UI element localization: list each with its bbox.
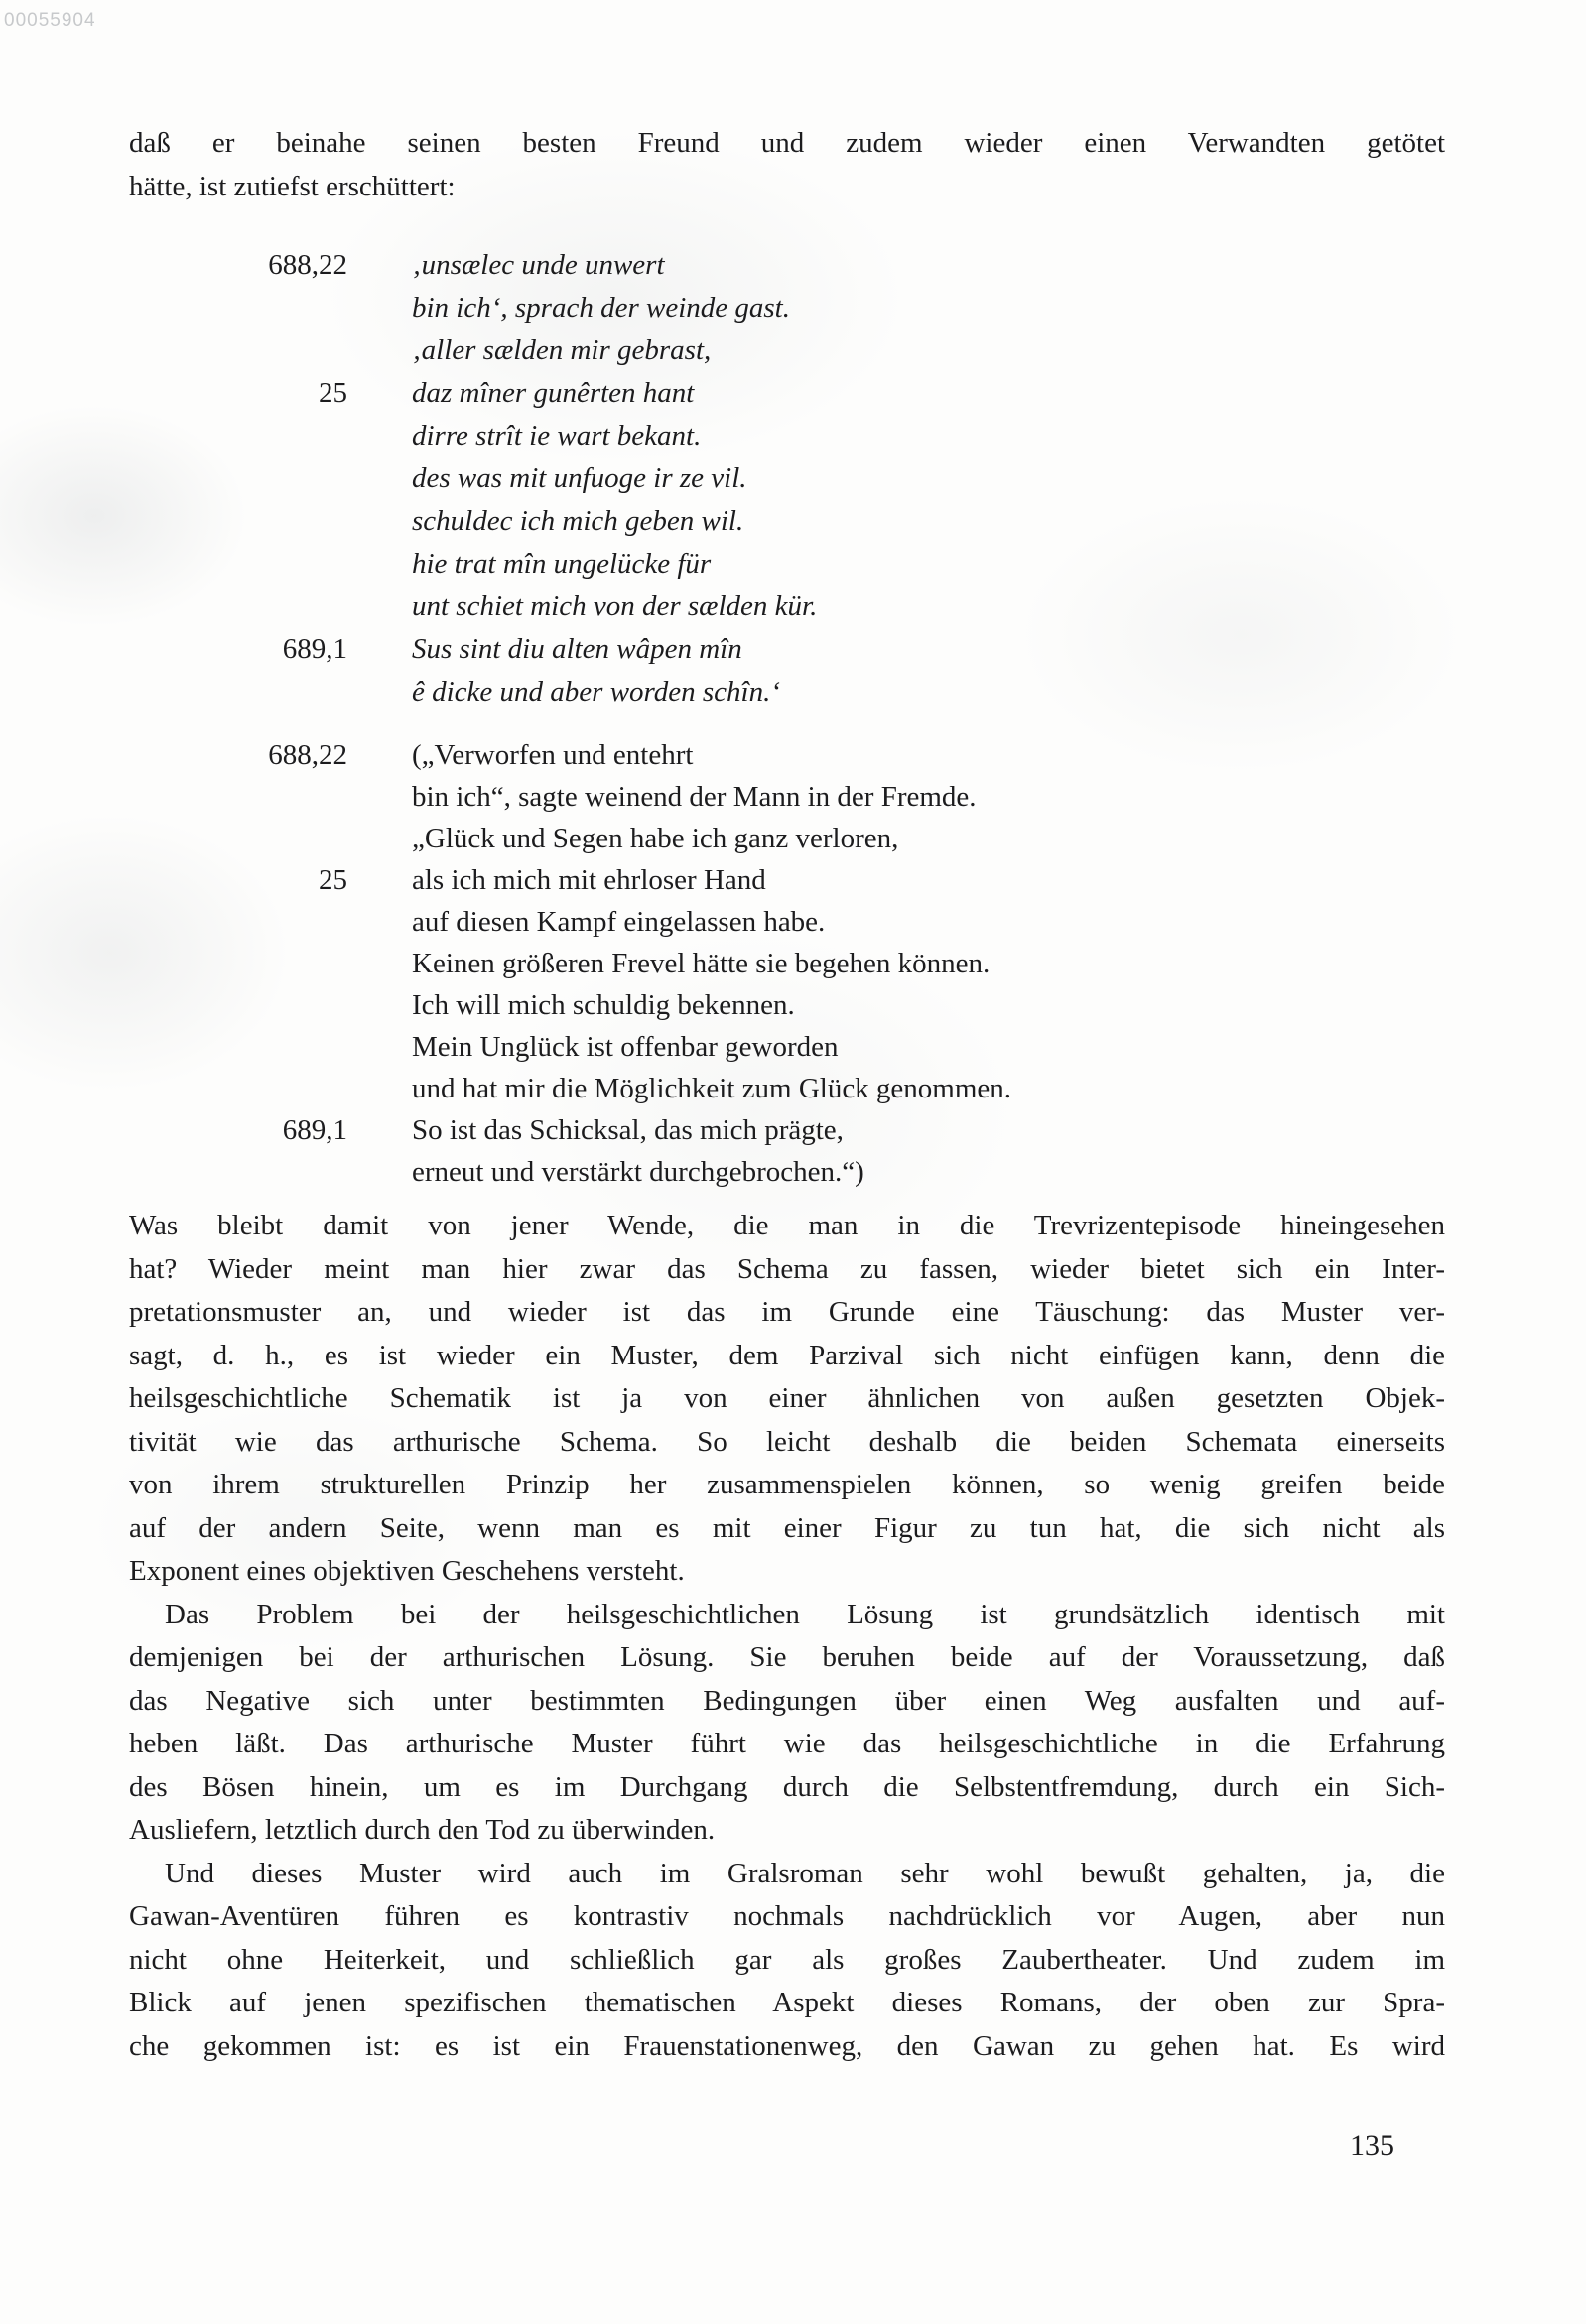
verse-line: „Glück und Segen habe ich ganz verloren, bbox=[129, 818, 1011, 859]
verse-line-number bbox=[129, 901, 347, 943]
verse-line-text: des was mit unfuoge ir ze vil. bbox=[412, 457, 747, 500]
verse-line-text: auf diesen Kampf eingelassen habe. bbox=[412, 901, 825, 943]
text-line: Ausliefern, letztlich durch den Tod zu ü… bbox=[129, 1809, 1445, 1853]
verse-line-number bbox=[129, 329, 347, 372]
verse-line: Ich will mich schuldig bekennen. bbox=[129, 984, 1011, 1026]
paragraph-3: Und dieses Muster wird auch im Gralsroma… bbox=[129, 1853, 1445, 2069]
scan-id-number: 00055904 bbox=[4, 10, 96, 32]
text-line: von ihrem strukturellen Prinzip her zusa… bbox=[129, 1464, 1445, 1507]
verse-line-number: 689,1 bbox=[129, 1109, 347, 1151]
verse-line-text: ê dicke und aber worden schîn.‘ bbox=[412, 671, 780, 713]
verse-line: 688,22 ‚unsælec unde unwert bbox=[129, 244, 817, 287]
text-line: tivität wie das arthurische Schema. So l… bbox=[129, 1421, 1445, 1465]
verse-line-text: ‚aller sælden mir gebrast, bbox=[412, 329, 711, 372]
verse-line: 689,1 So ist das Schicksal, das mich prä… bbox=[129, 1109, 1011, 1151]
verse-line-number: 688,22 bbox=[129, 244, 347, 287]
verse-line-number bbox=[129, 1026, 347, 1068]
verse-line-number: 25 bbox=[129, 859, 347, 901]
verse-line-text: ‚unsælec unde unwert bbox=[412, 244, 665, 287]
verse-line: Keinen größeren Frevel hätte sie begehen… bbox=[129, 943, 1011, 984]
verse-line: dirre strît ie wart bekant. bbox=[129, 415, 817, 457]
verse-line: auf diesen Kampf eingelassen habe. bbox=[129, 901, 1011, 943]
verse-line-number: 25 bbox=[129, 372, 347, 415]
verse-line-number bbox=[129, 776, 347, 818]
verse-line-number bbox=[129, 1068, 347, 1109]
text-line: sagt, d. h., es ist wieder ein Muster, d… bbox=[129, 1335, 1445, 1378]
verse-line-number bbox=[129, 671, 347, 713]
verse-quote-middle-high-german: 688,22 ‚unsælec unde unwert bin ich‘, sp… bbox=[129, 244, 817, 713]
verse-line-number bbox=[129, 457, 347, 500]
verse-line: Mein Unglück ist offenbar geworden bbox=[129, 1026, 1011, 1068]
text-line: Das Problem bei der heilsgeschichtlichen… bbox=[129, 1594, 1445, 1637]
intro-paragraph: daß er beinahe seinen besten Freund und … bbox=[129, 121, 1445, 208]
verse-line-number bbox=[129, 500, 347, 543]
verse-line-text: hie trat mîn ungelücke für bbox=[412, 543, 711, 585]
verse-line-text: und hat mir die Möglichkeit zum Glück ge… bbox=[412, 1068, 1011, 1109]
verse-line-text: Sus sint diu alten wâpen mîn bbox=[412, 628, 742, 671]
verse-line-number bbox=[129, 287, 347, 329]
verse-line-text: „Glück und Segen habe ich ganz verloren, bbox=[412, 818, 898, 859]
verse-line: 25 als ich mich mit ehrloser Hand bbox=[129, 859, 1011, 901]
text-line: Gawan-Aventüren führen es kontrastiv noc… bbox=[129, 1895, 1445, 1939]
verse-line-text: dirre strît ie wart bekant. bbox=[412, 415, 701, 457]
text-line: Und dieses Muster wird auch im Gralsroma… bbox=[129, 1853, 1445, 1896]
text-line: che gekommen ist: es ist ein Frauenstati… bbox=[129, 2025, 1445, 2069]
verse-line-number bbox=[129, 818, 347, 859]
verse-line-text: Mein Unglück ist offenbar geworden bbox=[412, 1026, 839, 1068]
verse-line-text: Ich will mich schuldig bekennen. bbox=[412, 984, 795, 1026]
verse-line-text: Keinen größeren Frevel hätte sie begehen… bbox=[412, 943, 990, 984]
text-line: nicht ohne Heiterkeit, und schließlich g… bbox=[129, 1939, 1445, 1983]
text-line: hat? Wieder meint man hier zwar das Sche… bbox=[129, 1248, 1445, 1292]
verse-line-number: 689,1 bbox=[129, 628, 347, 671]
text-line: Exponent eines objektiven Geschehens ver… bbox=[129, 1550, 1445, 1594]
verse-quote-translation: 688,22 („Verworfen und entehrt bin ich“,… bbox=[129, 734, 1011, 1193]
verse-line: erneut und verstärkt durchgebrochen.“) bbox=[129, 1151, 1011, 1193]
verse-line-text: („Verworfen und entehrt bbox=[412, 734, 693, 776]
verse-line: 25 daz mîner gunêrten hant bbox=[129, 372, 817, 415]
text-line: auf der andern Seite, wenn man es mit ei… bbox=[129, 1507, 1445, 1551]
text-line: pretationsmuster an, und wieder ist das … bbox=[129, 1291, 1445, 1335]
verse-line: und hat mir die Möglichkeit zum Glück ge… bbox=[129, 1068, 1011, 1109]
verse-line: ê dicke und aber worden schîn.‘ bbox=[129, 671, 817, 713]
page-number: 135 bbox=[1350, 2130, 1394, 2163]
text-line: heben läßt. Das arthurische Muster führt… bbox=[129, 1723, 1445, 1766]
verse-line-text: unt schiet mich von der sælden kür. bbox=[412, 585, 817, 628]
text-line: des Bösen hinein, um es im Durchgang dur… bbox=[129, 1766, 1445, 1810]
verse-line-text: schuldec ich mich geben wil. bbox=[412, 500, 743, 543]
verse-line-number: 688,22 bbox=[129, 734, 347, 776]
verse-line: unt schiet mich von der sælden kür. bbox=[129, 585, 817, 628]
verse-line-text: erneut und verstärkt durchgebrochen.“) bbox=[412, 1151, 864, 1193]
verse-line: schuldec ich mich geben wil. bbox=[129, 500, 817, 543]
verse-line: bin ich“, sagte weinend der Mann in der … bbox=[129, 776, 1011, 818]
verse-line: ‚aller sælden mir gebrast, bbox=[129, 329, 817, 372]
verse-line-text: bin ich‘, sprach der weinde gast. bbox=[412, 287, 790, 329]
verse-line: des was mit unfuoge ir ze vil. bbox=[129, 457, 817, 500]
verse-line-number bbox=[129, 1151, 347, 1193]
text-line: das Negative sich unter bestimmten Bedin… bbox=[129, 1680, 1445, 1724]
verse-line: 688,22 („Verworfen und entehrt bbox=[129, 734, 1011, 776]
verse-line-text: bin ich“, sagte weinend der Mann in der … bbox=[412, 776, 977, 818]
verse-line-text: daz mîner gunêrten hant bbox=[412, 372, 694, 415]
verse-line-text: als ich mich mit ehrloser Hand bbox=[412, 859, 766, 901]
text-line: hätte, ist zutiefst erschüttert: bbox=[129, 165, 1445, 208]
paragraph-2: Das Problem bei der heilsgeschichtlichen… bbox=[129, 1594, 1445, 1853]
verse-line-number bbox=[129, 585, 347, 628]
text-line: Blick auf jenen spezifischen thematische… bbox=[129, 1982, 1445, 2025]
text-line: daß er beinahe seinen besten Freund und … bbox=[129, 121, 1445, 165]
paragraph-1: Was bleibt damit von jener Wende, die ma… bbox=[129, 1205, 1445, 1594]
text-line: demjenigen bei der arthurischen Lösung. … bbox=[129, 1636, 1445, 1680]
body-text: Was bleibt damit von jener Wende, die ma… bbox=[129, 1205, 1445, 2068]
verse-line-number bbox=[129, 984, 347, 1026]
verse-line: bin ich‘, sprach der weinde gast. bbox=[129, 287, 817, 329]
verse-line-number bbox=[129, 415, 347, 457]
verse-line-text: So ist das Schicksal, das mich prägte, bbox=[412, 1109, 844, 1151]
text-line: Was bleibt damit von jener Wende, die ma… bbox=[129, 1205, 1445, 1248]
scanned-book-page: 00055904 daß er beinahe seinen besten Fr… bbox=[0, 0, 1586, 2324]
text-line: heilsgeschichtliche Schematik ist ja von… bbox=[129, 1377, 1445, 1421]
verse-line-number bbox=[129, 943, 347, 984]
verse-line: hie trat mîn ungelücke für bbox=[129, 543, 817, 585]
verse-line-number bbox=[129, 543, 347, 585]
verse-line: 689,1 Sus sint diu alten wâpen mîn bbox=[129, 628, 817, 671]
